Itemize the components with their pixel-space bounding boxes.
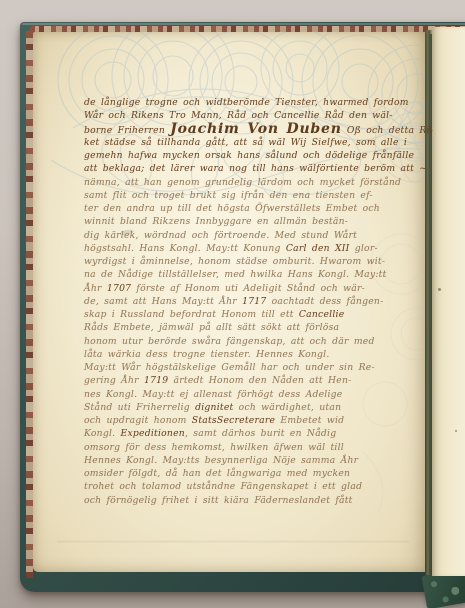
handwritten-text: förste af Honom uti Adeligit Stånd och w… xyxy=(131,283,365,294)
handwritten-text: skap i Russland befordrat Honom till ett xyxy=(84,309,299,320)
handwritten-text: na de Nådige tillställelser, med hwilka … xyxy=(84,269,387,280)
ink-speck xyxy=(455,430,457,432)
handwritten-text: 1719 xyxy=(144,375,168,386)
manuscript-line: trohet och tolamod utståndne Fängenskape… xyxy=(84,480,410,493)
manuscript-line: de långlige trogne och widtberömde Tiens… xyxy=(84,96,410,109)
handwritten-text: samt flit och troget brukt sig ifrån den… xyxy=(84,190,373,201)
manuscript-line: omsorg för dess hemkomst, hwilken äfwen … xyxy=(84,441,410,454)
handwritten-text: wyrdigst i åminnelse, honom städse ombur… xyxy=(84,256,385,267)
manuscript-line: nes Kongl. May:tt ej allenast förhögt de… xyxy=(84,388,410,401)
marbled-edge-left xyxy=(26,31,33,578)
manuscript-line: ket städse så tillhanda gått, att så wäl… xyxy=(84,136,410,149)
handwritten-text: de långlige trogne och widtberömde Tiens… xyxy=(84,97,409,108)
handwritten-text: winnit bland Rikzens Innbyggare en allmä… xyxy=(84,216,348,227)
facing-page-edge xyxy=(432,27,465,576)
manuscript-line: samt flit och troget brukt sig ifrån den… xyxy=(84,189,410,202)
handwritten-text: gemehn hafwa mycken orsak hans sålund oc… xyxy=(84,150,414,161)
handwritten-text: de, samt att Hans May:tt Åhr xyxy=(84,296,242,307)
manuscript-line: gemehn hafwa mycken orsak hans sålund oc… xyxy=(84,149,410,162)
handwritten-text: Kongl. xyxy=(84,428,120,439)
handwritten-text: låta wärkia dess trogne tienster. Hennes… xyxy=(84,349,330,360)
handwritten-text: borne Friherren xyxy=(84,125,170,136)
scanned-book-photo: de långlige trogne och widtberömde Tiens… xyxy=(0,0,465,608)
book-gutter xyxy=(425,30,432,575)
handwritten-text: , samt därhos burit en Nådig xyxy=(185,428,336,439)
handwritten-text: och updragit honom xyxy=(84,415,192,426)
handwritten-text: Råds Embete, jämwäl på allt sätt sökt at… xyxy=(84,322,339,333)
manuscript-line: Råds Embete, jämwäl på allt sätt sökt at… xyxy=(84,321,410,334)
handwritten-text: trohet och tolamod utståndne Fängenskape… xyxy=(84,481,362,492)
person-name-text: Joachim Von Duben xyxy=(170,121,342,137)
manuscript-line: de, samt att Hans May:tt Åhr 1717 oachta… xyxy=(84,295,410,308)
handwritten-text: StatsSecreterare xyxy=(192,415,275,426)
handwritten-text: Oß och detta Ri- xyxy=(342,125,433,136)
manuscript-line: winnit bland Rikzens Innbyggare en allmä… xyxy=(84,215,410,228)
handwritten-text: omsorg för dess hemkomst, hwilken äfwen … xyxy=(84,442,344,453)
handwritten-text: nämna, att han genom grundelig lärdom oc… xyxy=(84,177,401,188)
handwritten-text: Embetet wid xyxy=(275,415,344,426)
ink-speck xyxy=(438,288,441,291)
manuscript-line: May:tt Wår högstälskelige Gemåll har och… xyxy=(84,361,410,374)
handwritten-text: Cancellie xyxy=(299,309,345,320)
handwritten-text: gering Åhr xyxy=(84,375,144,386)
manuscript-text: de långlige trogne och widtberömde Tiens… xyxy=(84,96,410,507)
manuscript-line: honom utur berörde swåra fängenskap, att… xyxy=(84,335,410,348)
manuscript-line: nämna, att han genom grundelig lärdom oc… xyxy=(84,176,410,189)
manuscript-line: låta wärkia dess trogne tienster. Hennes… xyxy=(84,348,410,361)
handwritten-text: 1717 xyxy=(242,296,266,307)
handwritten-text: 1707 xyxy=(107,283,131,294)
manuscript-line: gering Åhr 1719 ärtedt Honom den Nåden a… xyxy=(84,374,410,387)
manuscript-line: Åhr 1707 förste af Honom uti Adeligit St… xyxy=(84,282,410,295)
handwritten-text: högstsahl. Hans Kongl. May:tt Konung xyxy=(84,243,286,254)
handwritten-text: ärtedt Honom den Nåden att Hen- xyxy=(168,375,351,386)
manuscript-line: ter den andra up till det högsta Öfwerst… xyxy=(84,202,410,215)
handwritten-text: Carl den XII xyxy=(286,243,350,254)
handwritten-text: och wärdighet, utan xyxy=(234,402,342,413)
handwritten-text: Expeditionen xyxy=(120,428,184,439)
handwritten-text: glor- xyxy=(350,243,378,254)
handwritten-text: att beklaga; det lärer wara nog till han… xyxy=(84,163,427,174)
manuscript-line: Hennes Kongl. May:tts besynnerliga Nöje … xyxy=(84,454,410,467)
handwritten-text: honom utur berörde swåra fängenskap, att… xyxy=(84,336,375,347)
manuscript-line: omsider fölgdt, då han det långwariga me… xyxy=(84,467,410,480)
handwritten-text: Stånd uti Friherrelig xyxy=(84,402,195,413)
handwritten-text: och förnögelig frihet i sitt kiära Fäder… xyxy=(84,495,353,506)
handwritten-text: nes Kongl. May:tt ej allenast förhögt de… xyxy=(84,389,343,400)
handwritten-text: May:tt Wår högstälskelige Gemåll har och… xyxy=(84,362,375,373)
handwritten-text: oachtadt dess fången- xyxy=(266,296,383,307)
handwritten-text: Hennes Kongl. May:tts besynnerliga Nöje … xyxy=(84,455,358,466)
manuscript-line: skap i Russland befordrat Honom till ett… xyxy=(84,308,410,321)
manuscript-line: Stånd uti Friherrelig dignitet och wärdi… xyxy=(84,401,410,414)
manuscript-line: och förnögelig frihet i sitt kiära Fäder… xyxy=(84,494,410,507)
manuscript-line: na de Nådige tillställelser, med hwilka … xyxy=(84,268,410,281)
handwritten-text: ter den andra up till det högsta Öfwerst… xyxy=(84,203,380,214)
manuscript-line: högstsahl. Hans Kongl. May:tt Konung Car… xyxy=(84,242,410,255)
manuscript-line: Kongl. Expeditionen, samt därhos burit e… xyxy=(84,427,410,440)
manuscript-line: wyrdigst i åminnelse, honom städse ombur… xyxy=(84,255,410,268)
manuscript-line: att beklaga; det lärer wara nog till han… xyxy=(84,162,410,175)
handwritten-text: omsider fölgdt, då han det långwariga me… xyxy=(84,468,350,479)
manuscript-line: och updragit honom StatsSecreterare Embe… xyxy=(84,414,410,427)
handwritten-text: dignitet xyxy=(195,402,233,413)
handwritten-text: ket städse så tillhanda gått, att så wäl… xyxy=(84,137,407,148)
handwritten-text: Åhr xyxy=(84,283,107,294)
manuscript-line: borne Friherren Joachim Von Duben Oß och… xyxy=(84,123,410,136)
